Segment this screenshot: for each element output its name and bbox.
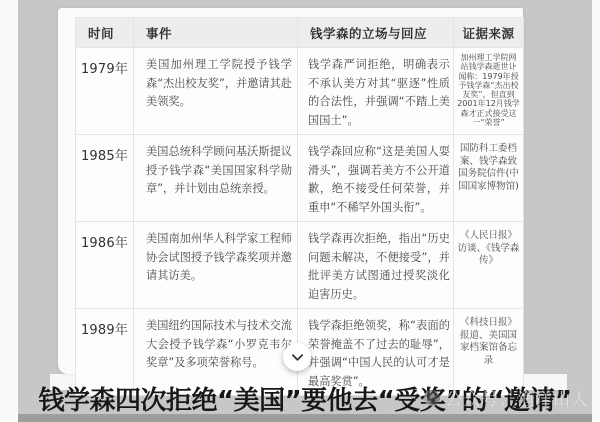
cell-time: 1985年 [76,135,134,222]
cell-time: 1989年 [76,309,134,396]
header-response: 钱学森的立场与回应 [298,18,454,48]
table-row: 1979年 美国加州理工学院授予钱学森“杰出校友奖”，并邀请其赴美领奖。 钱学森… [76,48,524,135]
watermark: 公众号：渔洋山人 [424,385,589,410]
cell-event: 美国南加州华人科学家工程师协会试图授予钱学森奖项并邀请其访美。 [134,222,298,309]
cell-source: 加州理工学院网站钱学森逝世讣闻称：1979年授予钱学森“杰出校友奖”，但直到20… [454,48,524,135]
cell-response: 钱学森严词拒绝，明确表示不承认美方对其“驱逐”性质的合法性，并强调“不踏上美国国… [298,48,454,135]
header-time: 时间 [76,18,134,48]
cell-event: 美国总统科学顾问基沃斯提议授予钱学森“美国国家科学勋章”，并计划由总统亲授。 [134,135,298,222]
cell-source: 《人民日报》访谈、《钱学森传》 [454,222,524,309]
cell-event: 美国加州理工学院授予钱学森“杰出校友奖”，并邀请其赴美领奖。 [134,48,298,135]
cell-response: 钱学森拒绝领奖，称“表面的荣誉掩盖不了过去的耻辱”，并强调“中国人民的认可才是最… [298,309,454,396]
cell-response: 钱学森回应称“这是美国人耍滑头”，强调若美方不公开道歉，绝不接受任何荣誉，并重申… [298,135,454,222]
table-row: 1986年 美国南加州华人科学家工程师协会试图授予钱学森奖项并邀请其访美。 钱学… [76,222,524,309]
table-row: 1985年 美国总统科学顾问基沃斯提议授予钱学森“美国国家科学勋章”，并计划由总… [76,135,524,222]
article-page: 时间 事件 钱学森的立场与回应 证据来源 1979年 美国加州理工学院授予钱学森… [0,0,600,422]
chevron-down-icon [292,352,303,363]
qian-xuesen-refusals-table-card: 时间 事件 钱学森的立场与回应 证据来源 1979年 美国加州理工学院授予钱学森… [58,8,523,374]
watermark-avatar-icon [424,390,440,406]
table-header-row: 时间 事件 钱学森的立场与回应 证据来源 [76,18,524,48]
expand-more-button[interactable] [283,343,311,371]
header-event: 事件 [134,18,298,48]
table-photo: 时间 事件 钱学森的立场与回应 证据来源 1979年 美国加州理工学院授予钱学森… [18,0,592,422]
refusals-table: 时间 事件 钱学森的立场与回应 证据来源 1979年 美国加州理工学院授予钱学森… [75,17,524,396]
cell-source: 国防科工委档案、钱学森致国务院信件(中国国家博物馆) [454,135,524,222]
cell-source: 《科技日报》报道、美国国家档案馆备忘录 [454,309,524,396]
cell-event: 美国纽约国际技术与技术交流大会授予钱学森“小罗克韦尔奖章”及多项荣誉称号。 [134,309,298,396]
cell-time: 1979年 [76,48,134,135]
watermark-label: 公众号：渔洋山人 [445,385,589,410]
header-source: 证据来源 [454,18,524,48]
cell-time: 1986年 [76,222,134,309]
cell-response: 钱学森再次拒绝，指出“历史问题未解决，不便接受”，并批评美方试图通过授奖淡化迫害… [298,222,454,309]
